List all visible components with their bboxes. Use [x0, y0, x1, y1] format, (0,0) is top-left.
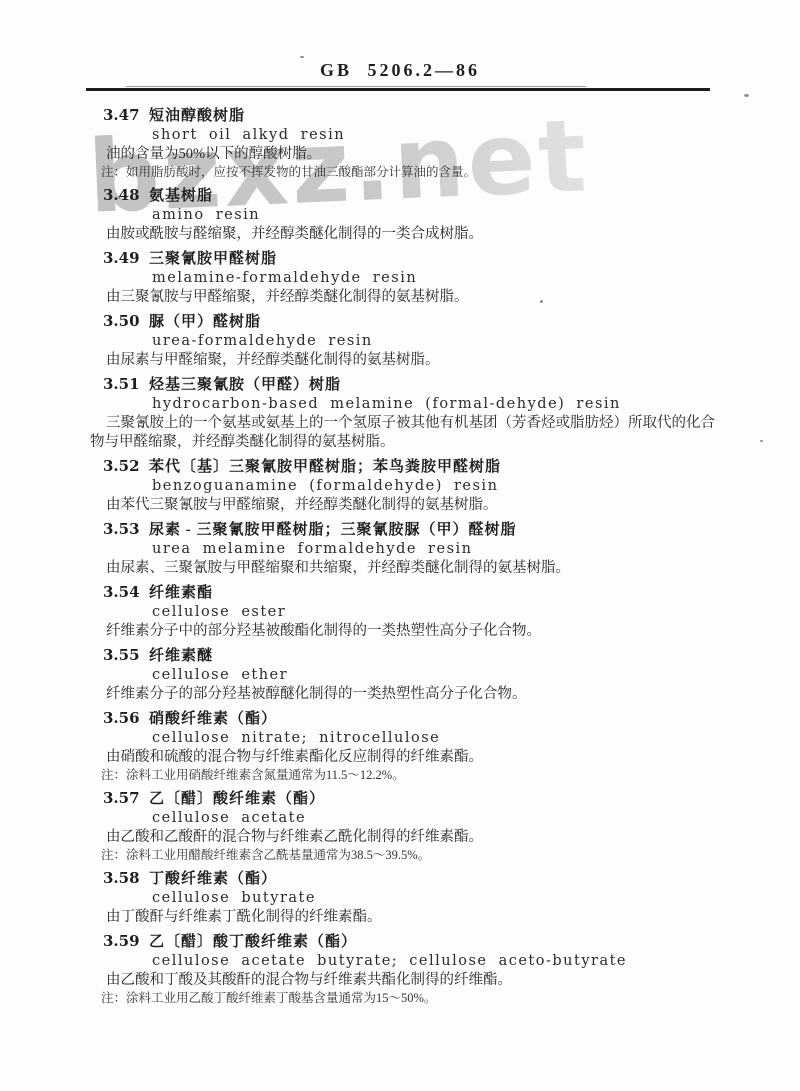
- entry-term-en: cellulose ester: [152, 603, 800, 622]
- entry-number: 3.58: [103, 869, 149, 888]
- entry-term-zh: 三聚氰胺甲醛树脂: [149, 251, 277, 267]
- entry-note: 注：涂料工业用乙酸丁酸纤维素丁酸基含量通常为15～50%。: [101, 990, 730, 1007]
- entry-term-en: benzoguanamine (formaldehyde) resin: [152, 477, 800, 496]
- entry-term-zh: 丁酸纤维素（酯）: [149, 871, 277, 887]
- entry-definition: 三聚氰胺上的一个氨基或氨基上的一个氢原子被其他有机基团（芳香烃或脂肪烃）所取代的…: [90, 414, 720, 452]
- entry-number: 3.53: [103, 520, 149, 539]
- entry-heading: 3.50脲（甲）醛树脂: [103, 312, 800, 332]
- entry-term-en: urea melamine formaldehyde resin: [152, 540, 800, 559]
- entry-term-en: melamine-formaldehyde resin: [152, 269, 800, 288]
- scan-speck: [300, 56, 304, 58]
- term-entry: 3.53尿素 - 三聚氰胺甲醛树脂；三聚氰胺脲（甲）醛树脂 urea melam…: [0, 520, 800, 578]
- entry-number: 3.56: [103, 709, 149, 728]
- entry-term-en: urea-formaldehyde resin: [152, 332, 800, 351]
- entry-definition: 纤维素分子的部分羟基被醇醚化制得的一类热塑性高分子化合物。: [90, 685, 720, 704]
- document-page: bzxz.net GB 5206.2—86 3.47短油醇酸树脂 short o…: [0, 0, 800, 1091]
- entry-definition: 油的含量为50%以下的醇酸树脂。: [90, 145, 720, 164]
- entry-term-en: amino resin: [152, 206, 800, 225]
- entry-definition: 由丁酸酐与纤维素丁酰化制得的纤维素酯。: [90, 908, 720, 927]
- standard-number-heading: GB 5206.2—86: [0, 60, 800, 81]
- entry-note: 注：涂料工业用硝酸纤维素含氮量通常为11.5～12.2%。: [101, 767, 730, 784]
- entry-definition: 由尿素与甲醛缩聚，并经醇类醚化制得的氨基树脂。: [90, 351, 720, 370]
- entry-term-zh: 尿素 - 三聚氰胺甲醛树脂；三聚氰胺脲（甲）醛树脂: [149, 522, 517, 538]
- terms-list: 3.47短油醇酸树脂 short oil alkyd resin 油的含量为50…: [0, 101, 800, 1007]
- entry-term-zh: 纤维素醚: [149, 648, 213, 664]
- entry-term-zh: 乙〔醋〕酸纤维素（酯）: [149, 791, 325, 807]
- entry-term-zh: 纤维素酯: [149, 585, 213, 601]
- entry-heading: 3.56硝酸纤维素（酯）: [103, 709, 800, 729]
- entry-heading: 3.57乙〔醋〕酸纤维素（酯）: [103, 789, 800, 809]
- entry-definition: 由乙酸和乙酸酐的混合物与纤维素乙酰化制得的纤维素酯。: [90, 828, 720, 847]
- term-entry: 3.58丁酸纤维素（酯） cellulose butyrate 由丁酸酐与纤维素…: [0, 869, 800, 927]
- entry-definition: 由尿素、三聚氰胺与甲醛缩聚和共缩聚，并经醇类醚化制得的氨基树脂。: [90, 559, 720, 578]
- term-entry: 3.48氨基树脂 amino resin 由胺或酰胺与醛缩聚，并经醇类醚化制得的…: [0, 186, 800, 244]
- entry-number: 3.48: [103, 186, 149, 205]
- entry-term-zh: 短油醇酸树脂: [149, 108, 245, 124]
- entry-number: 3.49: [103, 249, 149, 268]
- entry-heading: 3.55纤维素醚: [103, 646, 800, 666]
- entry-number: 3.50: [103, 312, 149, 331]
- entry-number: 3.59: [103, 932, 149, 951]
- entry-definition: 由乙酸和丁酸及其酸酐的混合物与纤维素共酯化制得的纤维酯。: [90, 971, 720, 990]
- term-entry: 3.52苯代〔基〕三聚氰胺甲醛树脂；苯鸟粪胺甲醛树脂 benzoguanamin…: [0, 457, 800, 515]
- entry-definition: 由胺或酰胺与醛缩聚，并经醇类醚化制得的一类合成树脂。: [90, 225, 720, 244]
- term-entry: 3.54纤维素酯 cellulose ester 纤维素分子中的部分羟基被酸酯化…: [0, 583, 800, 641]
- entry-note: 注：如用脂肪酸时，应按不挥发物的甘油三酸酯部分计算油的含量。: [101, 164, 730, 181]
- term-entry: 3.50脲（甲）醛树脂 urea-formaldehyde resin 由尿素与…: [0, 312, 800, 370]
- entry-heading: 3.54纤维素酯: [103, 583, 800, 603]
- entry-term-zh: 烃基三聚氰胺（甲醛）树脂: [149, 377, 341, 393]
- entry-definition: 纤维素分子中的部分羟基被酸酯化制得的一类热塑性高分子化合物。: [90, 622, 720, 641]
- entry-definition: 由三聚氰胺与甲醛缩聚，并经醇类醚化制得的氨基树脂。: [90, 288, 720, 307]
- entry-heading: 3.59乙〔醋〕酸丁酸纤维素（酯）: [103, 932, 800, 952]
- entry-number: 3.54: [103, 583, 149, 602]
- entry-term-zh: 乙〔醋〕酸丁酸纤维素（酯）: [149, 934, 357, 950]
- entry-definition: 由硝酸和硫酸的混合物与纤维素酯化反应制得的纤维素酯。: [90, 748, 720, 767]
- term-entry: 3.47短油醇酸树脂 short oil alkyd resin 油的含量为50…: [0, 106, 800, 181]
- entry-term-zh: 氨基树脂: [149, 188, 213, 204]
- entry-term-en: cellulose acetate butyrate; cellulose ac…: [152, 952, 800, 971]
- entry-heading: 3.52苯代〔基〕三聚氰胺甲醛树脂；苯鸟粪胺甲醛树脂: [103, 457, 800, 477]
- term-entry: 3.57乙〔醋〕酸纤维素（酯） cellulose acetate 由乙酸和乙酸…: [0, 789, 800, 864]
- entry-term-en: short oil alkyd resin: [152, 126, 800, 145]
- entry-number: 3.51: [103, 375, 149, 394]
- term-entry: 3.55纤维素醚 cellulose ether 纤维素分子的部分羟基被醇醚化制…: [0, 646, 800, 704]
- term-entry: 3.49三聚氰胺甲醛树脂 melamine-formaldehyde resin…: [0, 249, 800, 307]
- entry-term-zh: 脲（甲）醛树脂: [149, 314, 261, 330]
- entry-term-zh: 硝酸纤维素（酯）: [149, 711, 277, 727]
- entry-term-en: cellulose ether: [152, 666, 800, 685]
- entry-number: 3.47: [103, 106, 149, 125]
- entry-heading: 3.58丁酸纤维素（酯）: [103, 869, 800, 889]
- entry-term-en: cellulose acetate: [152, 809, 800, 828]
- entry-heading: 3.47短油醇酸树脂: [103, 106, 800, 126]
- entry-heading: 3.49三聚氰胺甲醛树脂: [103, 249, 800, 269]
- entry-heading: 3.53尿素 - 三聚氰胺甲醛树脂；三聚氰胺脲（甲）醛树脂: [103, 520, 800, 540]
- term-entry: 3.51烃基三聚氰胺（甲醛）树脂 hydrocarbon-based melam…: [0, 375, 800, 452]
- entry-definition: 由苯代三聚氰胺与甲醛缩聚，并经醇类醚化制得的氨基树脂。: [90, 496, 720, 515]
- term-entry: 3.56硝酸纤维素（酯） cellulose nitrate; nitrocel…: [0, 709, 800, 784]
- entry-term-en: cellulose butyrate: [152, 889, 800, 908]
- header-rule: [86, 88, 710, 91]
- entry-note: 注：涂料工业用醋酸纤维素含乙酰基量通常为38.5～39.5%。: [101, 847, 730, 864]
- entry-term-en: hydrocarbon-based melamine (formal-dehyd…: [152, 395, 800, 414]
- entry-number: 3.52: [103, 457, 149, 476]
- entry-number: 3.57: [103, 789, 149, 808]
- scan-speck: [744, 94, 749, 97]
- entry-number: 3.55: [103, 646, 149, 665]
- term-entry: 3.59乙〔醋〕酸丁酸纤维素（酯） cellulose acetate buty…: [0, 932, 800, 1007]
- entry-term-en: cellulose nitrate; nitrocellulose: [152, 729, 800, 748]
- entry-heading: 3.48氨基树脂: [103, 186, 800, 206]
- entry-term-zh: 苯代〔基〕三聚氰胺甲醛树脂；苯鸟粪胺甲醛树脂: [149, 459, 501, 475]
- entry-heading: 3.51烃基三聚氰胺（甲醛）树脂: [103, 375, 800, 395]
